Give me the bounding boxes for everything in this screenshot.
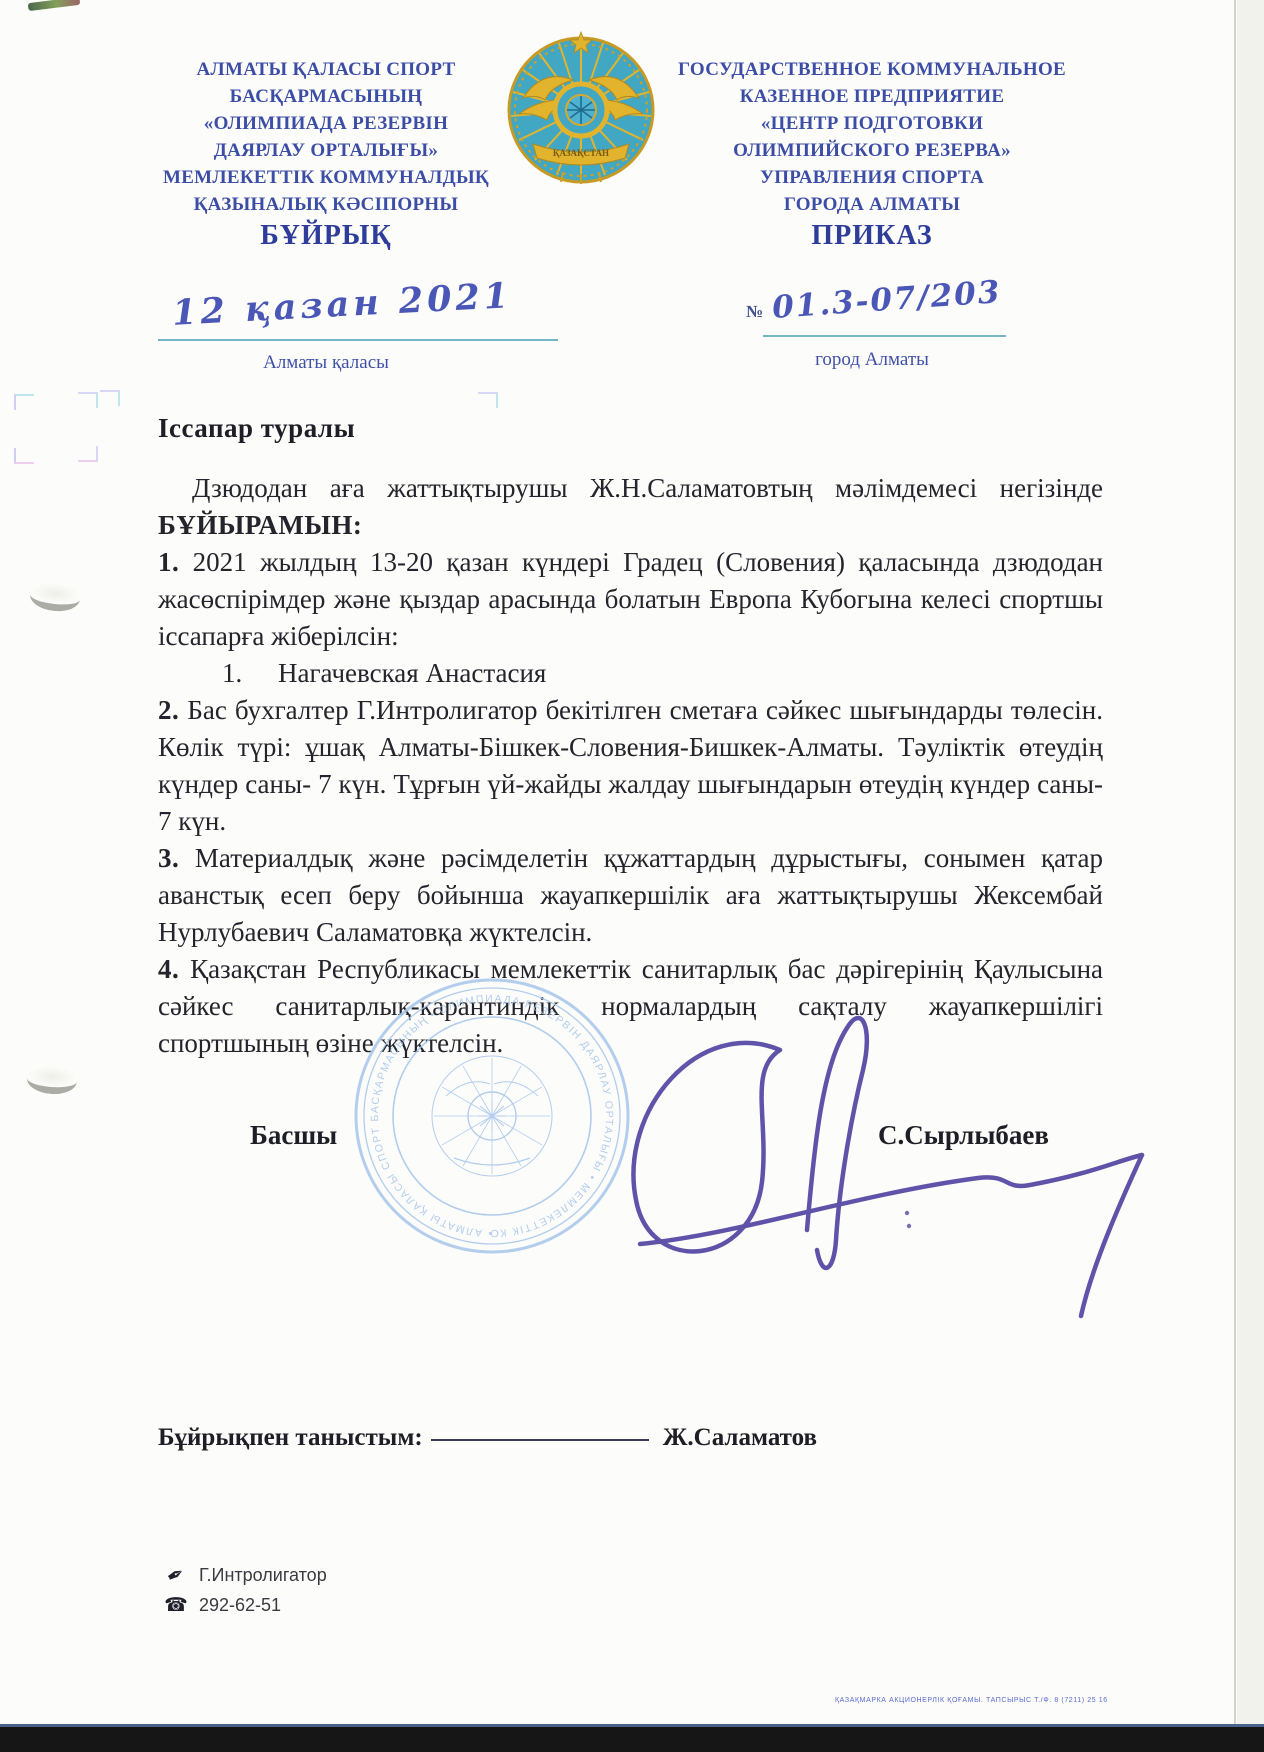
scanner-background xyxy=(1237,0,1264,1752)
org-line: ОЛИМПИЙСКОГО РЕЗЕРВА» xyxy=(650,137,1094,164)
acknowledgement-label: Бұйрықпен таныстым: xyxy=(158,1424,423,1451)
executor-name: Г.Интролигатор xyxy=(199,1565,327,1586)
acknowledgement-row: Бұйрықпен таныстым:Ж.Саламатов xyxy=(158,1424,817,1452)
date-underline xyxy=(158,339,558,341)
resolve-word: БҰЙЫРАМЫН: xyxy=(158,507,1103,544)
org-line: ГОСУДАРСТВЕННОЕ КОММУНАЛЬНОЕ xyxy=(650,56,1094,83)
registration-mark xyxy=(78,446,98,462)
org-line: «ОЛИМПИАДА РЕЗЕРВІН xyxy=(140,110,512,137)
order-item-3: 3. Материалдық және рәсімделетін құжатта… xyxy=(158,840,1103,951)
executor-block: ✒ Г.Интролигатор ☎ 292-62-51 xyxy=(163,1560,327,1620)
signer-name: С.Сырлыбаев xyxy=(878,1120,1049,1151)
registration-mark xyxy=(100,390,120,406)
org-name-kazakh: АЛМАТЫ ҚАЛАСЫ СПОРТ БАСҚАРМАСЫНЫҢ «ОЛИМП… xyxy=(140,56,512,218)
org-line: БАСҚАРМАСЫНЫҢ xyxy=(140,83,512,110)
scan-bottom-strip xyxy=(0,1724,1264,1752)
order-item-2: 2. Бас бухгалтер Г.Интролигатор бекітілг… xyxy=(158,692,1103,840)
org-line: ҚАЗЫНАЛЫҚ КӘСІПОРНЫ xyxy=(140,191,512,218)
punch-hole xyxy=(29,580,82,613)
athlete-number: 1. xyxy=(222,655,278,692)
scan-artifact xyxy=(28,0,81,11)
registration-mark xyxy=(478,392,498,408)
item-text: 2021 жылдың 13-20 қазан күндері Градец (… xyxy=(158,547,1103,651)
registration-mark xyxy=(14,394,34,410)
item-number: 1. xyxy=(158,547,179,577)
org-line: КАЗЕННОЕ ПРЕДПРИЯТИЕ xyxy=(650,83,1094,110)
registration-mark xyxy=(78,392,98,408)
org-line: УПРАВЛЕНИЯ СПОРТА xyxy=(650,164,1094,191)
org-line: ДАЯРЛАУ ОРТАЛЫҒЫ» xyxy=(140,137,512,164)
org-name-russian: ГОСУДАРСТВЕННОЕ КОММУНАЛЬНОЕ КАЗЕННОЕ ПР… xyxy=(650,56,1094,218)
document-subject: Іссапар туралы xyxy=(158,413,355,444)
phone-icon: ☎ xyxy=(163,1594,189,1617)
intro-paragraph: Дзюдодан аға жаттықтырушы Ж.Н.Саламатовт… xyxy=(158,470,1103,507)
handwritten-order-number: 01.3-07/203 xyxy=(771,274,1002,326)
org-line: АЛМАТЫ ҚАЛАСЫ СПОРТ xyxy=(140,56,512,83)
city-russian: город Алматы xyxy=(650,349,1094,371)
org-line: «ЦЕНТР ПОДГОТОВКИ xyxy=(650,110,1094,137)
order-item-1: 1. 2021 жылдың 13-20 қазан күндері Граде… xyxy=(158,544,1103,655)
order-title-russian: ПРИКАЗ xyxy=(650,220,1094,252)
order-title-kazakh: БҰЙРЫҚ xyxy=(140,220,512,252)
number-sign: № xyxy=(746,302,763,322)
executor-phone: 292-62-51 xyxy=(199,1595,281,1616)
org-line: ГОРОДА АЛМАТЫ xyxy=(650,191,1094,218)
item-text: Материалдық және рәсімделетін құжаттарды… xyxy=(158,843,1103,947)
executor-row: ✒ Г.Интролигатор xyxy=(163,1560,327,1590)
item-text: Бас бухгалтер Г.Интролигатор бекітілген … xyxy=(158,695,1103,836)
paper-edge xyxy=(1234,0,1236,1724)
item-number: 2. xyxy=(158,695,179,725)
emblem-caption: ҚАЗАҚСТАН xyxy=(553,148,609,158)
org-line: МЕМЛЕКЕТТІК КОММУНАЛДЫҚ xyxy=(140,164,512,191)
handwritten-date: 12 қазан 2021 xyxy=(171,275,513,334)
athlete-list-item: 1.Нагачевская Анастасия xyxy=(158,655,1103,692)
item-number: 4. xyxy=(158,954,179,984)
signer-position: Басшы xyxy=(250,1120,337,1151)
pen-icon: ✒ xyxy=(163,1563,189,1588)
athlete-name: Нагачевская Анастасия xyxy=(278,658,546,688)
number-underline xyxy=(763,335,1006,337)
city-kazakh: Алматы қаласы xyxy=(140,352,512,374)
kazakhstan-emblem-icon: ҚАЗАҚСТАН xyxy=(503,28,659,188)
signature-blank-line xyxy=(431,1439,649,1441)
acknowledgement-name: Ж.Саламатов xyxy=(663,1424,817,1451)
phone-row: ☎ 292-62-51 xyxy=(163,1590,327,1620)
punch-hole xyxy=(26,1064,78,1095)
item-number: 3. xyxy=(158,843,179,873)
printing-house-mark: ҚАЗАҚМАРКА АКЦИОНЕРЛІК ҚОҒАМЫ. ТАПСЫРЫС … xyxy=(835,1697,1165,1704)
registration-mark xyxy=(14,448,34,464)
handwritten-signature xyxy=(560,988,1180,1348)
scanned-order-document: АЛМАТЫ ҚАЛАСЫ СПОРТ БАСҚАРМАСЫНЫҢ «ОЛИМП… xyxy=(0,0,1264,1752)
